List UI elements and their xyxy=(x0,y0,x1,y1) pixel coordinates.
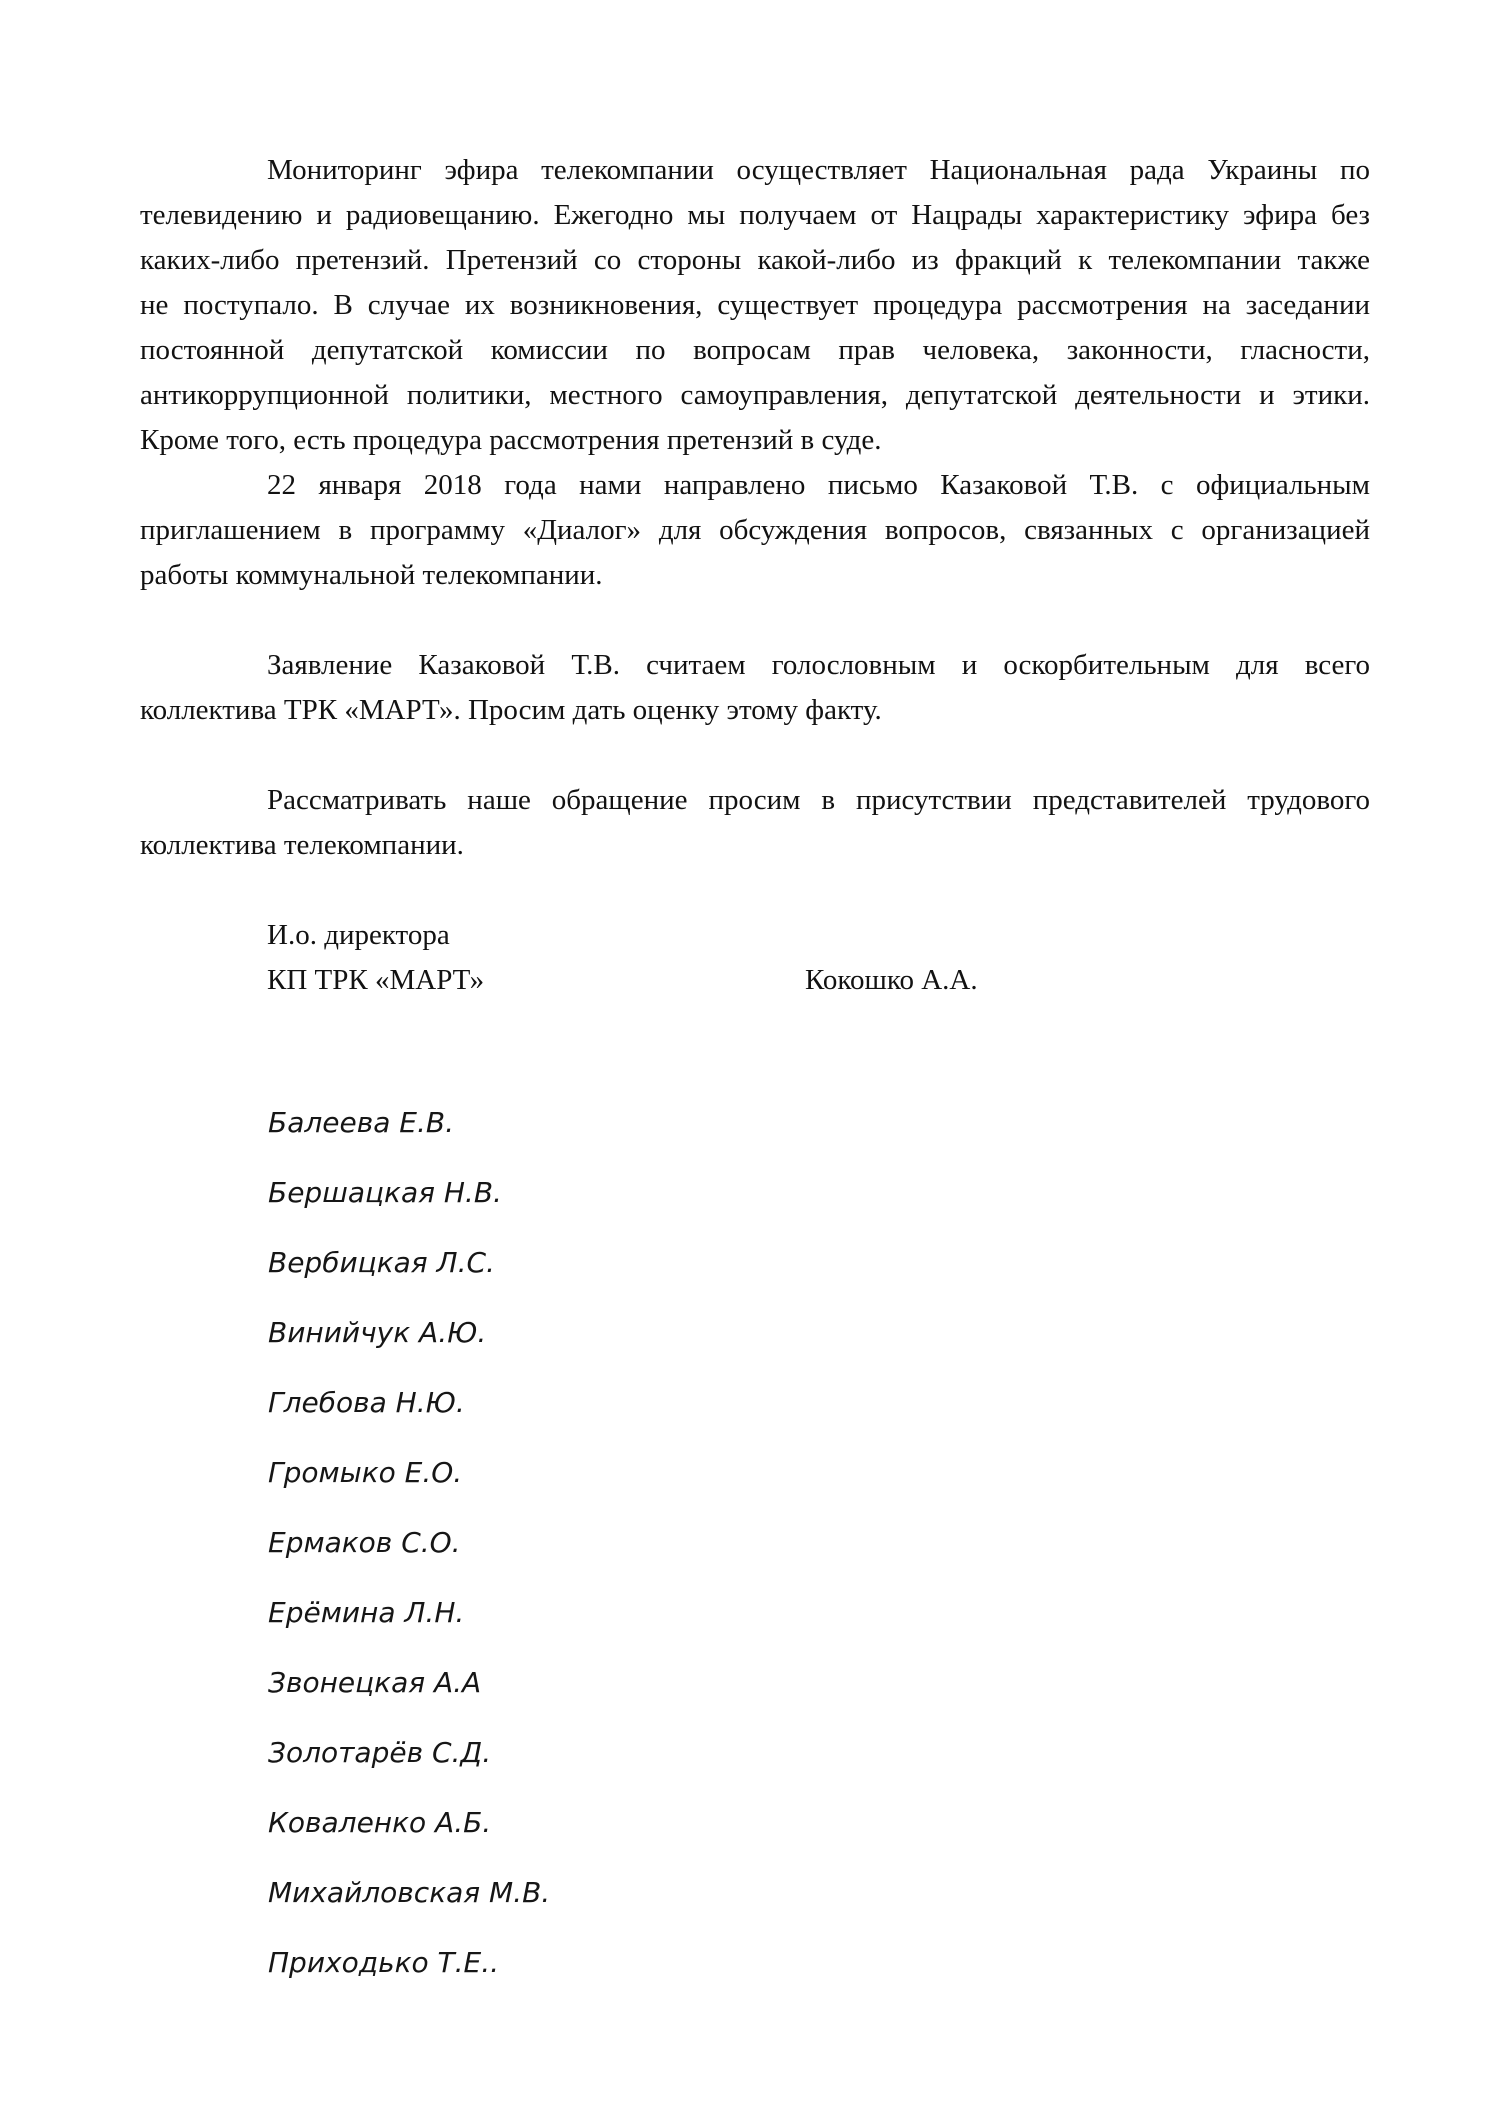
paragraph-line: коллектива телекомпании. xyxy=(140,823,1370,868)
paragraph-line: приглашением в программу «Диалог» для об… xyxy=(140,508,1370,553)
signatory-name: Приходько Т.Е.. xyxy=(268,1928,1370,1998)
signatory-name: Золотарёв С.Д. xyxy=(268,1718,1370,1788)
paragraph-line: не поступало. В случае их возникновения,… xyxy=(140,283,1370,328)
letter-body: Мониторинг эфира телекомпании осуществля… xyxy=(140,148,1370,868)
signatory-name: Ермаков С.О. xyxy=(268,1508,1370,1578)
signatory-name: Бершацкая Н.В. xyxy=(268,1158,1370,1228)
signatory-name: Ерёмина Л.Н. xyxy=(268,1578,1370,1648)
paragraph-line: 22 января 2018 года нами направлено пись… xyxy=(140,463,1370,508)
signatory-name: Глебова Н.Ю. xyxy=(268,1368,1370,1438)
paragraph-line: Заявление Казаковой Т.В. считаем голосло… xyxy=(140,643,1370,688)
paragraph-line: коллектива ТРК «МАРТ». Просим дать оценк… xyxy=(140,688,1370,733)
paragraph-line: каких-либо претензий. Претензий со сторо… xyxy=(140,238,1370,283)
signatory-name: Коваленко А.Б. xyxy=(268,1788,1370,1858)
document-page: Мониторинг эфира телекомпании осуществля… xyxy=(0,0,1500,2120)
paragraph: Рассматривать наше обращение просим в пр… xyxy=(140,778,1370,868)
signatory-name: Михайловская М.В. xyxy=(268,1858,1370,1928)
signatory-name: Балеева Е.В. xyxy=(268,1088,1370,1158)
signer-line: КП ТРК «МАРТ» Кокошко А.А. xyxy=(140,958,1370,1003)
signatory-name: Вербицкая Л.С. xyxy=(268,1228,1370,1298)
signer-title: И.о. директора xyxy=(140,913,1370,958)
signature-block: И.о. директора КП ТРК «МАРТ» Кокошко А.А… xyxy=(140,913,1370,1003)
signer-name: Кокошко А.А. xyxy=(805,958,978,1003)
signer-organization: КП ТРК «МАРТ» xyxy=(267,964,484,996)
paragraph-line: работы коммунальной телекомпании. xyxy=(140,553,1370,598)
paragraph: Заявление Казаковой Т.В. считаем голосло… xyxy=(140,643,1370,733)
paragraph-line: Мониторинг эфира телекомпании осуществля… xyxy=(140,148,1370,193)
signatory-name: Громыко Е.О. xyxy=(268,1438,1370,1508)
signatories-list: Балеева Е.В.Бершацкая Н.В.Вербицкая Л.С.… xyxy=(140,1088,1370,1998)
signatory-name: Винийчук А.Ю. xyxy=(268,1298,1370,1368)
paragraph: 22 января 2018 года нами направлено пись… xyxy=(140,463,1370,598)
paragraph-line: постоянной депутатской комиссии по вопро… xyxy=(140,328,1370,373)
paragraph: Мониторинг эфира телекомпании осуществля… xyxy=(140,148,1370,463)
paragraph-line: антикоррупционной политики, местного сам… xyxy=(140,373,1370,418)
paragraph-line: Кроме того, есть процедура рассмотрения … xyxy=(140,418,1370,463)
paragraph-line: телевидению и радиовещанию. Ежегодно мы … xyxy=(140,193,1370,238)
signatory-name: Звонецкая А.А xyxy=(268,1648,1370,1718)
letter-content: Мониторинг эфира телекомпании осуществля… xyxy=(140,148,1370,1998)
paragraph-line: Рассматривать наше обращение просим в пр… xyxy=(140,778,1370,823)
